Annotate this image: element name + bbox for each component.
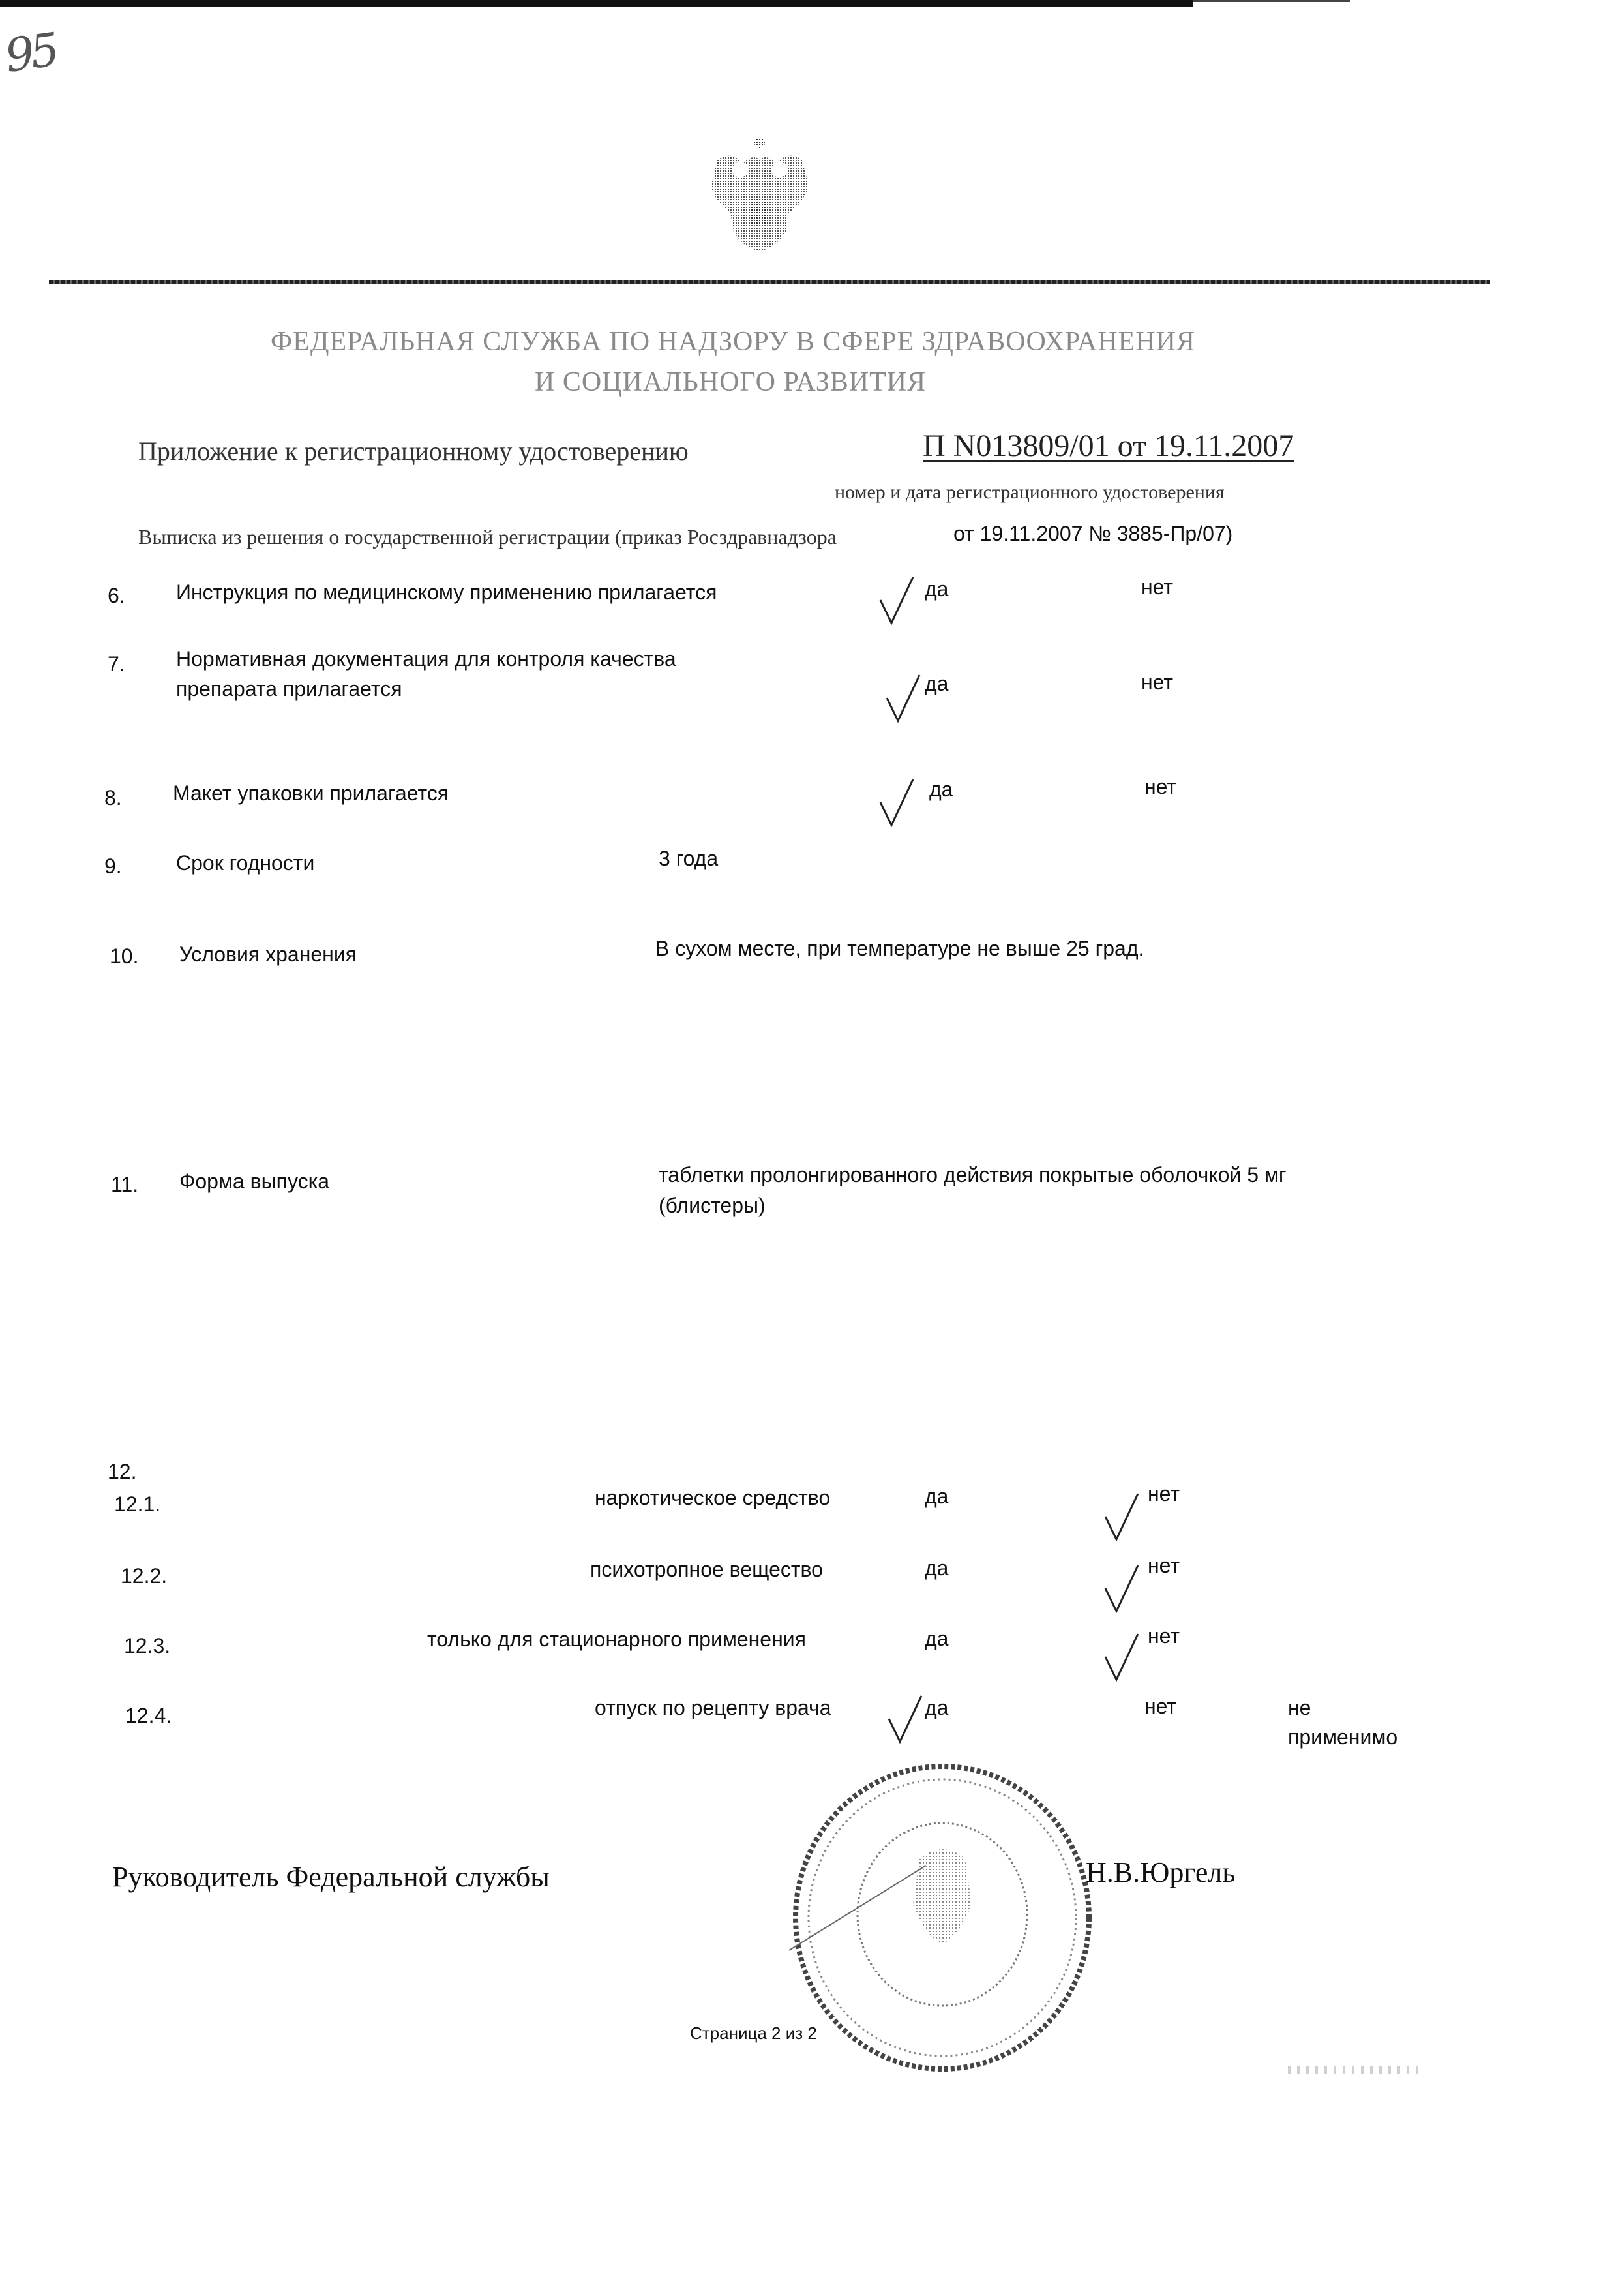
option-no: нет — [1148, 1624, 1180, 1648]
option-yes: да — [925, 1696, 948, 1720]
item-number: 9. — [104, 854, 122, 879]
item-label-line1: Нормативная документация для контроля ка… — [176, 647, 676, 671]
option-no: нет — [1141, 575, 1173, 599]
option-no: нет — [1148, 1554, 1180, 1578]
option-no: нет — [1141, 671, 1173, 695]
subitem-label: наркотическое средство — [595, 1486, 830, 1510]
subitem-number: 12.3. — [124, 1634, 170, 1658]
item-label: Инструкция по медицинскому применению пр… — [176, 581, 717, 605]
scan-top-edge-faint — [1193, 0, 1350, 2]
option-yes: да — [925, 577, 948, 601]
checkmark-icon — [1102, 1631, 1141, 1683]
official-seal-icon — [789, 1761, 1096, 2074]
item-value-line1: таблетки пролонгированного действия покр… — [659, 1163, 1287, 1187]
option-no: нет — [1144, 1695, 1176, 1719]
item-label: Макет упаковки прилагается — [173, 781, 449, 806]
checkmark-icon — [877, 574, 916, 626]
subitem-label: отпуск по рецепту врача — [595, 1696, 831, 1720]
appendix-label: Приложение к регистрационному удостовере… — [138, 436, 689, 466]
registration-caption: номер и дата регистрационного удостовере… — [835, 481, 1225, 504]
subitem-number: 12.2. — [121, 1564, 167, 1588]
extract-label: Выписка из решения о государственной рег… — [138, 525, 837, 549]
option-no: нет — [1148, 1482, 1180, 1506]
subitem-number: 12.1. — [114, 1492, 160, 1517]
agency-name-line1: ФЕДЕРАЛЬНАЯ СЛУЖБА ПО НАДЗОРУ В СФЕРЕ ЗД… — [271, 326, 1195, 357]
option-yes: да — [925, 1627, 948, 1651]
subitem-label: только для стационарного применения — [427, 1627, 806, 1652]
option-yes: да — [929, 778, 953, 802]
registration-number: П N013809/01 от 19.11.2007 — [923, 428, 1294, 464]
item-number: 6. — [108, 584, 125, 608]
option-no: нет — [1144, 775, 1176, 799]
section-number: 12. — [108, 1460, 136, 1484]
item-value: В сухом месте, при температуре не выше 2… — [655, 937, 1144, 961]
item-number: 11. — [111, 1173, 138, 1197]
item-number: 7. — [108, 652, 125, 676]
coat-of-arms-icon — [704, 134, 815, 258]
signatory-title: Руководитель Федеральной службы — [112, 1860, 550, 1894]
option-yes: да — [925, 1556, 948, 1580]
handwritten-annotation: 95 — [2, 23, 59, 83]
item-label: Срок годности — [176, 851, 314, 875]
agency-name-line2: И СОЦИАЛЬНОГО РАЗВИТИЯ — [535, 367, 926, 398]
checkmark-icon — [1102, 1562, 1141, 1614]
checkmark-icon — [886, 1693, 925, 1745]
subitem-label: психотропное вещество — [590, 1558, 823, 1582]
signatory-name: Н.В.Юргель — [1086, 1856, 1235, 1889]
option-yes: да — [925, 1485, 948, 1509]
option-not-applicable-line1: не — [1288, 1696, 1311, 1720]
option-not-applicable-line2: применимо — [1288, 1725, 1397, 1749]
scan-top-edge — [0, 0, 1193, 7]
item-value-line2: (блистеры) — [659, 1194, 766, 1218]
item-number: 10. — [110, 944, 138, 969]
item-label: Условия хранения — [179, 943, 357, 967]
header-divider — [49, 280, 1490, 284]
checkmark-icon — [1102, 1490, 1141, 1543]
item-label-line2: препарата прилагается — [176, 677, 402, 701]
item-number: 8. — [104, 786, 122, 810]
faint-scan-mark — [1288, 2066, 1425, 2074]
page-indicator: Страница 2 из 2 — [690, 2023, 817, 2044]
checkmark-icon — [884, 672, 923, 724]
option-yes: да — [925, 672, 948, 696]
subitem-number: 12.4. — [125, 1704, 172, 1728]
checkmark-icon — [877, 776, 916, 828]
item-value: 3 года — [659, 847, 718, 871]
item-label: Форма выпуска — [179, 1170, 329, 1194]
extract-order: от 19.11.2007 № 3885-Пр/07) — [953, 522, 1232, 546]
